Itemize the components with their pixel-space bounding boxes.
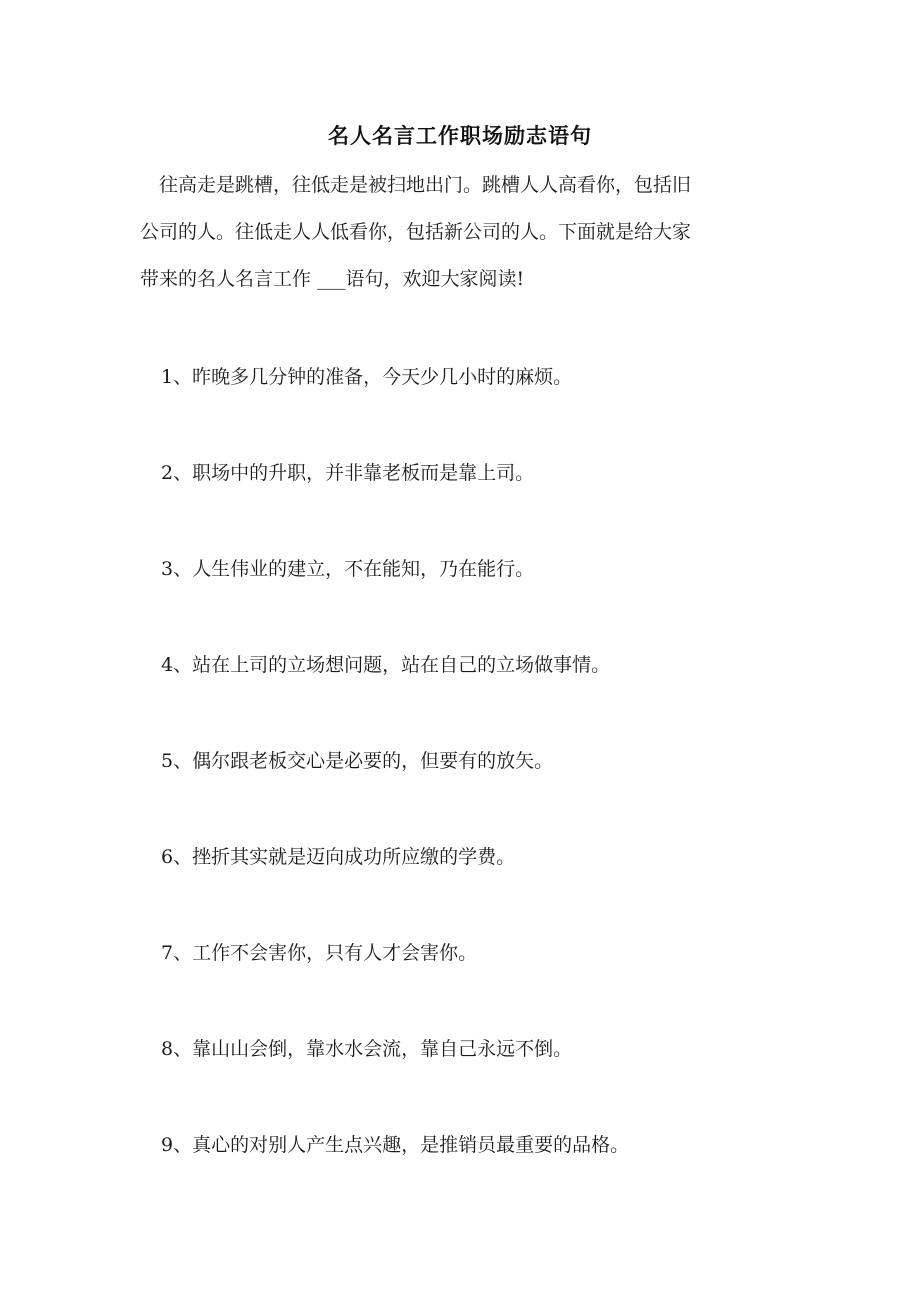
quote-item: 9、真心的对别人产生点兴趣，是推销员最重要的品格。 [161,1130,629,1157]
quote-item: 3、人生伟业的建立，不在能知，乃在能行。 [161,554,534,581]
quote-item: 5、偶尔跟老板交心是必要的，但要有的放矢。 [161,746,553,773]
quote-item: 2、职场中的升职，并非靠老板而是靠上司。 [161,458,534,485]
intro-paragraph-line: 带来的名人名言工作 ___语句，欢迎大家阅读! [140,264,524,291]
quote-item: 1、昨晚多几分钟的准备，今天少几小时的麻烦。 [161,362,572,389]
intro-paragraph-line: 公司的人。往低走人人低看你，包括新公司的人。下面就是给大家 [140,217,691,244]
quote-item: 7、工作不会害你，只有人才会害你。 [161,938,477,965]
quote-item: 8、靠山山会倒，靠水水会流，靠自己永远不倒。 [161,1034,572,1061]
quote-item: 6、挫折其实就是迈向成功所应缴的学费。 [161,842,515,869]
quote-item: 4、站在上司的立场想问题，站在自己的立场做事情。 [161,650,610,677]
intro-paragraph-line: 往高走是跳槽，往低走是被扫地出门。跳槽人人高看你，包括旧 [140,170,691,197]
document-title: 名人名言工作职场励志语句 [0,120,920,150]
document-page: 名人名言工作职场励志语句 往高走是跳槽，往低走是被扫地出门。跳槽人人高看你，包括… [0,0,920,1302]
